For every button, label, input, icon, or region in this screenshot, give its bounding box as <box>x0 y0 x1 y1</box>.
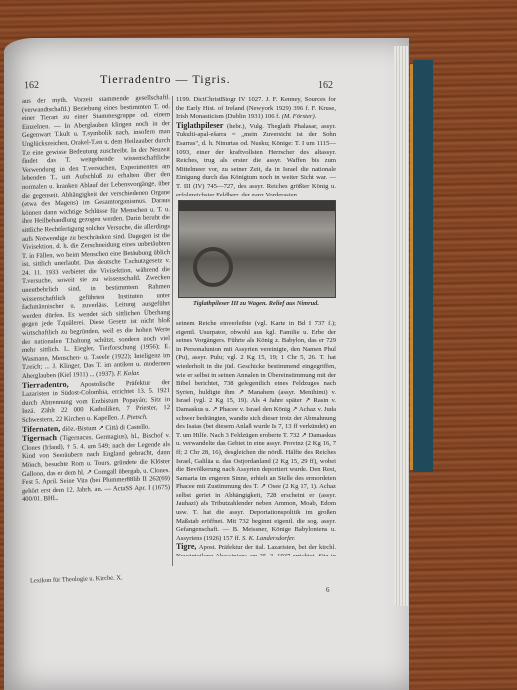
page-number-right: 162 <box>318 80 333 91</box>
entry-author-tierradentro: J. Pietsch. <box>121 414 148 422</box>
entry-head-tigernach: Tigernach <box>22 433 60 443</box>
relief-frieze <box>179 201 335 211</box>
relief-illustration <box>178 200 336 298</box>
signature-mark: 6 <box>326 586 330 594</box>
entry-head-tigre: Tigre, <box>176 542 199 551</box>
entry-text-tiglathpileser: (hebr.), Vulg. Theglath Phalasar, assyr.… <box>176 123 336 196</box>
entry-head-tifernaten: Tifernaten, <box>22 423 62 433</box>
chariot-wheel <box>193 247 233 287</box>
column-divider <box>172 96 173 566</box>
page-number-left: 162 <box>24 80 39 92</box>
right-text-after: seinem Reiche einverleibte (vgl. Karte i… <box>176 320 336 542</box>
entry-text-tigernach: (Tigernacus, Germagius), hl., Bischof v.… <box>22 432 170 503</box>
running-header: Tierradentro — Tigris. <box>100 72 231 87</box>
left-text-2: In der Neuzeit findet das T. weitgehende… <box>22 146 170 355</box>
right-column-top: 1199. DictChristBiogr IV 1027. J. F. Ken… <box>176 96 336 196</box>
entry-text-tigre: Apost. Präfektur der ital. Lazaristen, b… <box>176 544 336 556</box>
entry-text-tifernaten: diöz.-Bistum ↗ Città di Castello. <box>62 423 150 432</box>
book-cover <box>413 60 433 472</box>
left-ref-author: F. Kolar. <box>117 370 140 378</box>
right-top-author: (M. Förster). <box>282 113 317 120</box>
figure-caption: Tiglathpileser III zu Wagen. Relief aus … <box>178 300 334 307</box>
right-after-author: S. K. Landersdorfer. <box>242 535 295 542</box>
right-column-bottom: seinem Reiche einverleibte (vgl. Karte i… <box>176 320 336 556</box>
page-edges <box>394 46 408 606</box>
entry-head-tiglathpileser: Tiglathpileser <box>176 121 227 130</box>
entry-head-tierradentro: Tierradentro, <box>22 379 80 390</box>
left-column: aus der myth. Vorzeit stammende gesellsc… <box>22 94 170 576</box>
